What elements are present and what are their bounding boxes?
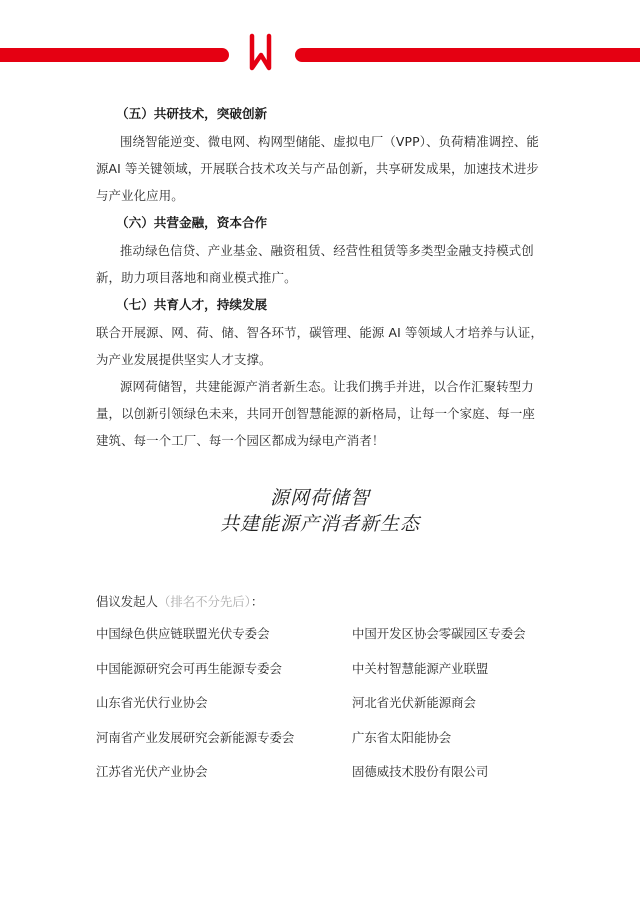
section-paragraph-7: 联合开展源、网、荷、储、智各环节，碳管理、能源 AI 等领域人才培养与认证，为产… <box>96 319 544 373</box>
initiator-item: 河北省光伏新能源商会 <box>352 693 552 713</box>
document-body: （五）共研技术，突破创新 围绕智能逆变、微电网、构网型储能、虚拟电厂（VPP）、… <box>96 100 544 454</box>
header-rule-left <box>0 48 229 62</box>
initiators-note: （排名不分先后） <box>158 594 251 609</box>
w-logo-icon <box>243 33 279 73</box>
initiators-section: 倡议发起人（排名不分先后）： 中国绿色供应链联盟光伏专委会 中国开发区协会零碳园… <box>96 592 556 782</box>
section-heading-5: （五）共研技术，突破创新 <box>96 100 544 128</box>
initiator-item: 中关村智慧能源产业联盟 <box>352 659 552 679</box>
initiator-item: 中国开发区协会零碳园区专委会 <box>352 624 552 644</box>
section-paragraph-5: 围绕智能逆变、微电网、构网型储能、虚拟电厂（VPP）、负荷精准调控、能源AI 等… <box>96 128 544 209</box>
initiator-item: 广东省太阳能协会 <box>352 728 552 748</box>
initiators-colon: ： <box>251 594 263 609</box>
slogan-line-2: 共建能源产消者新生态 <box>0 511 640 537</box>
closing-paragraph: 源网荷储智，共建能源产消者新生态。让我们携手并进，以合作汇聚转型力量，以创新引领… <box>96 373 544 454</box>
initiator-item: 中国绿色供应链联盟光伏专委会 <box>96 624 352 644</box>
calligraphy-slogan: 源网荷储智 共建能源产消者新生态 <box>0 485 640 537</box>
initiators-label: 倡议发起人 <box>96 594 158 609</box>
initiator-item: 河南省产业发展研究会新能源专委会 <box>96 728 352 748</box>
section-paragraph-6: 推动绿色信贷、产业基金、融资租赁、经营性租赁等多类型金融支持模式创新，助力项目落… <box>96 237 544 291</box>
section-heading-6: （六）共营金融，资本合作 <box>96 209 544 237</box>
initiators-title: 倡议发起人（排名不分先后）： <box>96 592 556 612</box>
initiator-item: 山东省光伏行业协会 <box>96 693 352 713</box>
initiator-item: 中国能源研究会可再生能源专委会 <box>96 659 352 679</box>
slogan-line-1: 源网荷储智 <box>0 485 640 511</box>
initiators-list: 中国绿色供应链联盟光伏专委会 中国开发区协会零碳园区专委会 中国能源研究会可再生… <box>96 624 556 782</box>
initiator-item: 江苏省光伏产业协会 <box>96 762 352 782</box>
section-heading-7: （七）共育人才，持续发展 <box>96 291 544 319</box>
initiator-item: 固德威技术股份有限公司 <box>352 762 552 782</box>
header-rule-right <box>295 48 640 62</box>
